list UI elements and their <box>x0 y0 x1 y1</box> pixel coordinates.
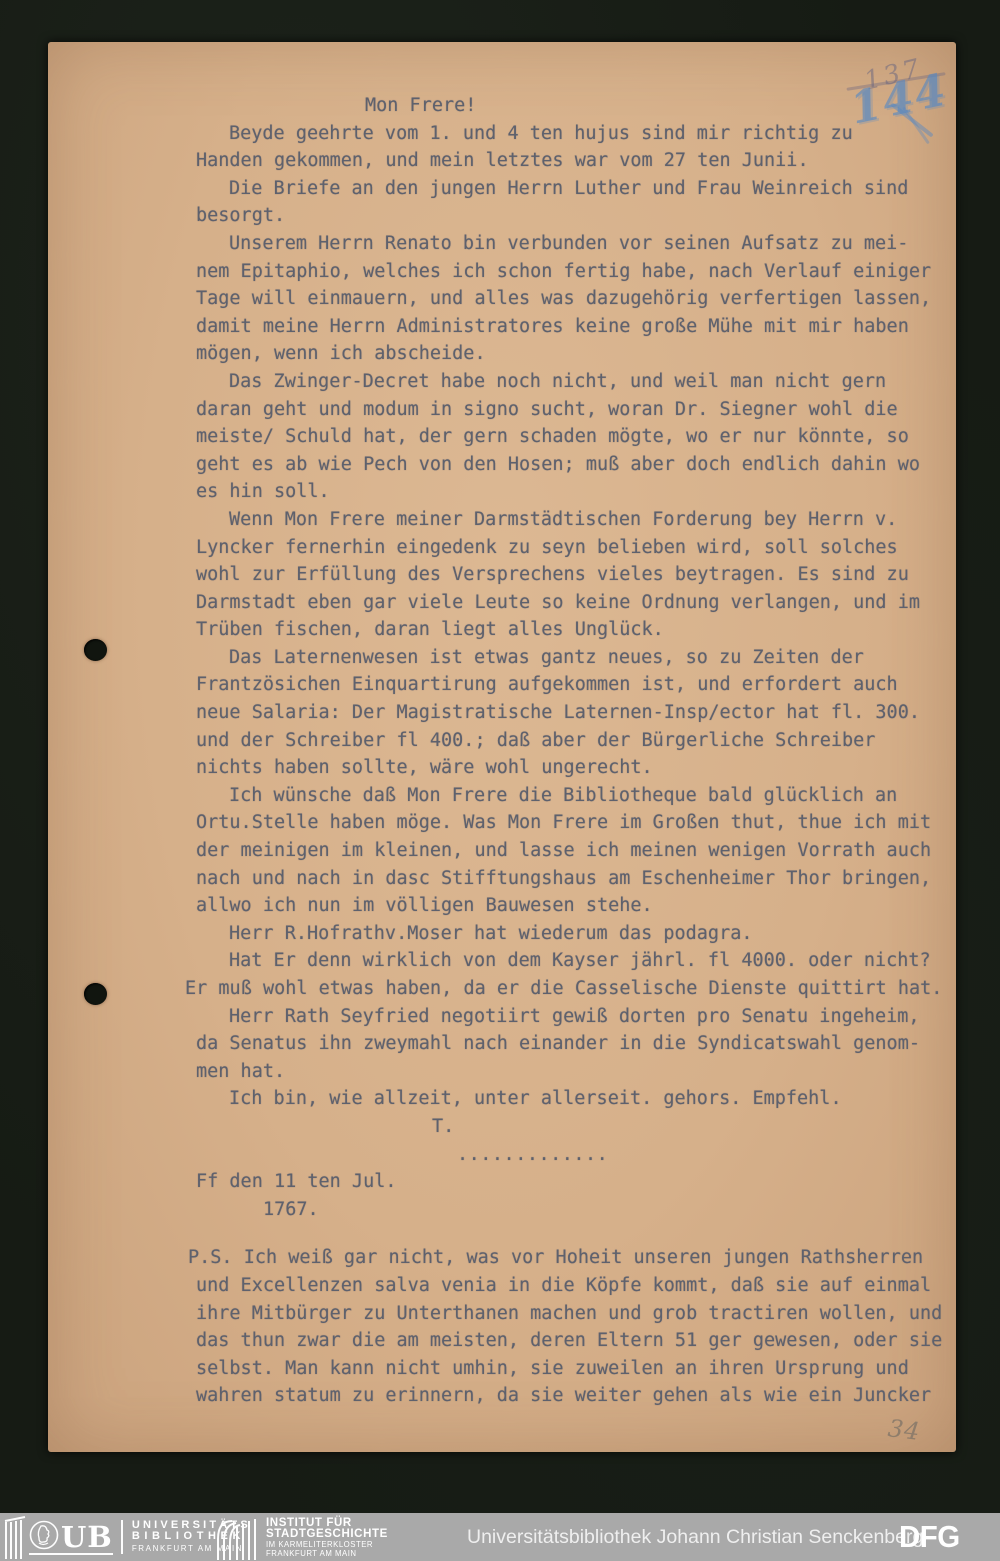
ub-logo: UB UNIVERSITÄTS BIBLIOTHEK FRANKFURT AM … <box>4 1515 251 1559</box>
ifs-text-line: FRANKFURT AM MAIN <box>266 1549 388 1559</box>
letter-line: Die Briefe an den jungen Herrn Luther un… <box>48 175 956 203</box>
letter-line: men hat. <box>48 1058 956 1086</box>
punch-hole-top <box>84 639 107 661</box>
colonnade-icon <box>4 1515 26 1559</box>
letter-line: geht es ab wie Pech von den Hosen; muß a… <box>48 451 956 479</box>
letter-line: ............. <box>48 1141 956 1169</box>
letter-line: Frantzösichen Einquartirung aufgekommen … <box>48 671 956 699</box>
letter-line: wahren statum zu erinnern, da sie weiter… <box>48 1382 956 1410</box>
letter-line: damit meine Herrn Administratores keine … <box>48 313 956 341</box>
letter-page: Mon Frere!Beyde geehrte vom 1. und 4 ten… <box>48 42 956 1452</box>
letter-line: meiste/ Schuld hat, der gern schaden mög… <box>48 423 956 451</box>
letter-line: nem Epitaphio, welches ich schon fertig … <box>48 258 956 286</box>
letter-line: allwo ich nun im völligen Bauwesen stehe… <box>48 892 956 920</box>
letter-line: Ortu.Stelle haben möge. Was Mon Frere im… <box>48 809 956 837</box>
letter-line: nach und nach in dasc Stifftungshaus am … <box>48 865 956 893</box>
letter-line: Unserem Herrn Renato bin verbunden vor s… <box>48 230 956 258</box>
karmeliterkloster-arch-icon <box>216 1517 260 1560</box>
letter-line: Wenn Mon Frere meiner Darmstädtischen Fo… <box>48 506 956 534</box>
letter-line: ihre Mitbürger zu Unterthanen machen und… <box>48 1300 956 1328</box>
letter-line: neue Salaria: Der Magistratische Laterne… <box>48 699 956 727</box>
letter-line: selbst. Man kann nicht umhin, sie zuweil… <box>48 1355 956 1383</box>
punch-hole-bottom <box>84 983 107 1005</box>
footer-bar: UB UNIVERSITÄTS BIBLIOTHEK FRANKFURT AM … <box>0 1513 1000 1561</box>
letter-line: es hin soll. <box>48 478 956 506</box>
letter-line: daran geht und modum in signo sucht, wor… <box>48 396 956 424</box>
letter-line: Trüben fischen, daran liegt alles Unglüc… <box>48 616 956 644</box>
institut-stadtgeschichte-logo: INSTITUT FÜR STADTGESCHICHTE IM KARMELIT… <box>216 1516 388 1560</box>
letter-line: Tage will einmauern, und alles was dazug… <box>48 285 956 313</box>
goethe-head-icon <box>29 1519 59 1551</box>
letter-line: Hat Er denn wirklich von dem Kayser jähr… <box>48 947 956 975</box>
ifs-text-line: STADTGESCHICHTE <box>266 1529 388 1540</box>
letter-line: Handen gekommen, und mein letztes war vo… <box>48 147 956 175</box>
letter-line: Das Zwinger-Decret habe noch nicht, und … <box>48 368 956 396</box>
letter-line: Ff den 11 ten Jul. <box>48 1168 956 1196</box>
ub-emblem: UB <box>29 1519 113 1555</box>
letter-line: P.S. Ich weiß gar nicht, was vor Hoheit … <box>48 1244 956 1272</box>
letter-line: Herr Rath Seyfried negotiirt gewiß dorte… <box>48 1003 956 1031</box>
library-title: Universitätsbibliothek Johann Christian … <box>467 1513 923 1561</box>
letter-line: der meinigen im kleinen, und lasse ich m… <box>48 837 956 865</box>
letter-line: Mon Frere! <box>48 92 956 120</box>
ifs-text-line: IM KARMELITERKLOSTER <box>266 1540 388 1550</box>
letter-line: Beyde geehrte vom 1. und 4 ten hujus sin… <box>48 120 956 148</box>
letter-line: da Senatus ihn zweymahl nach einander in… <box>48 1030 956 1058</box>
letter-line: Darmstadt eben gar viele Leute so keine … <box>48 589 956 617</box>
ifs-text-line: INSTITUT FÜR <box>266 1518 388 1529</box>
letter-line: das thun zwar die am meisten, deren Elte… <box>48 1327 956 1355</box>
letter-line: Ich bin, wie allzeit, unter allerseit. g… <box>48 1085 956 1113</box>
letter-line: und der Schreiber fl 400.; daß aber der … <box>48 727 956 755</box>
letter-line: Herr R.Hofrathv.Moser hat wiederum das p… <box>48 920 956 948</box>
letter-line: Lyncker fernerhin eingedenk zu seyn beli… <box>48 534 956 562</box>
letter-line: nichts haben sollte, wäre wohl ungerecht… <box>48 754 956 782</box>
letter-line: Ich wünsche daß Mon Frere die Bibliotheq… <box>48 782 956 810</box>
letter-line: wohl zur Erfüllung des Versprechens viel… <box>48 561 956 589</box>
letter-lines: Mon Frere!Beyde geehrte vom 1. und 4 ten… <box>48 42 956 1410</box>
bottom-pencil-number-annotation: 34 <box>886 1414 922 1446</box>
dfg-logo: DFG <box>899 1513 960 1561</box>
letter-line: Er muß wohl etwas haben, da er die Casse… <box>48 975 956 1003</box>
letter-line: 1767. <box>48 1196 956 1224</box>
letter-line: Das Laternenwesen ist etwas gantz neues,… <box>48 644 956 672</box>
letter-line: und Excellenzen salva venia in die Köpfe… <box>48 1272 956 1300</box>
ub-abbr: UB <box>61 1523 113 1551</box>
letter-line: mögen, wenn ich abscheide. <box>48 340 956 368</box>
letter-line: besorgt. <box>48 202 956 230</box>
letter-line: T. <box>48 1113 956 1141</box>
logo-divider <box>121 1520 123 1554</box>
